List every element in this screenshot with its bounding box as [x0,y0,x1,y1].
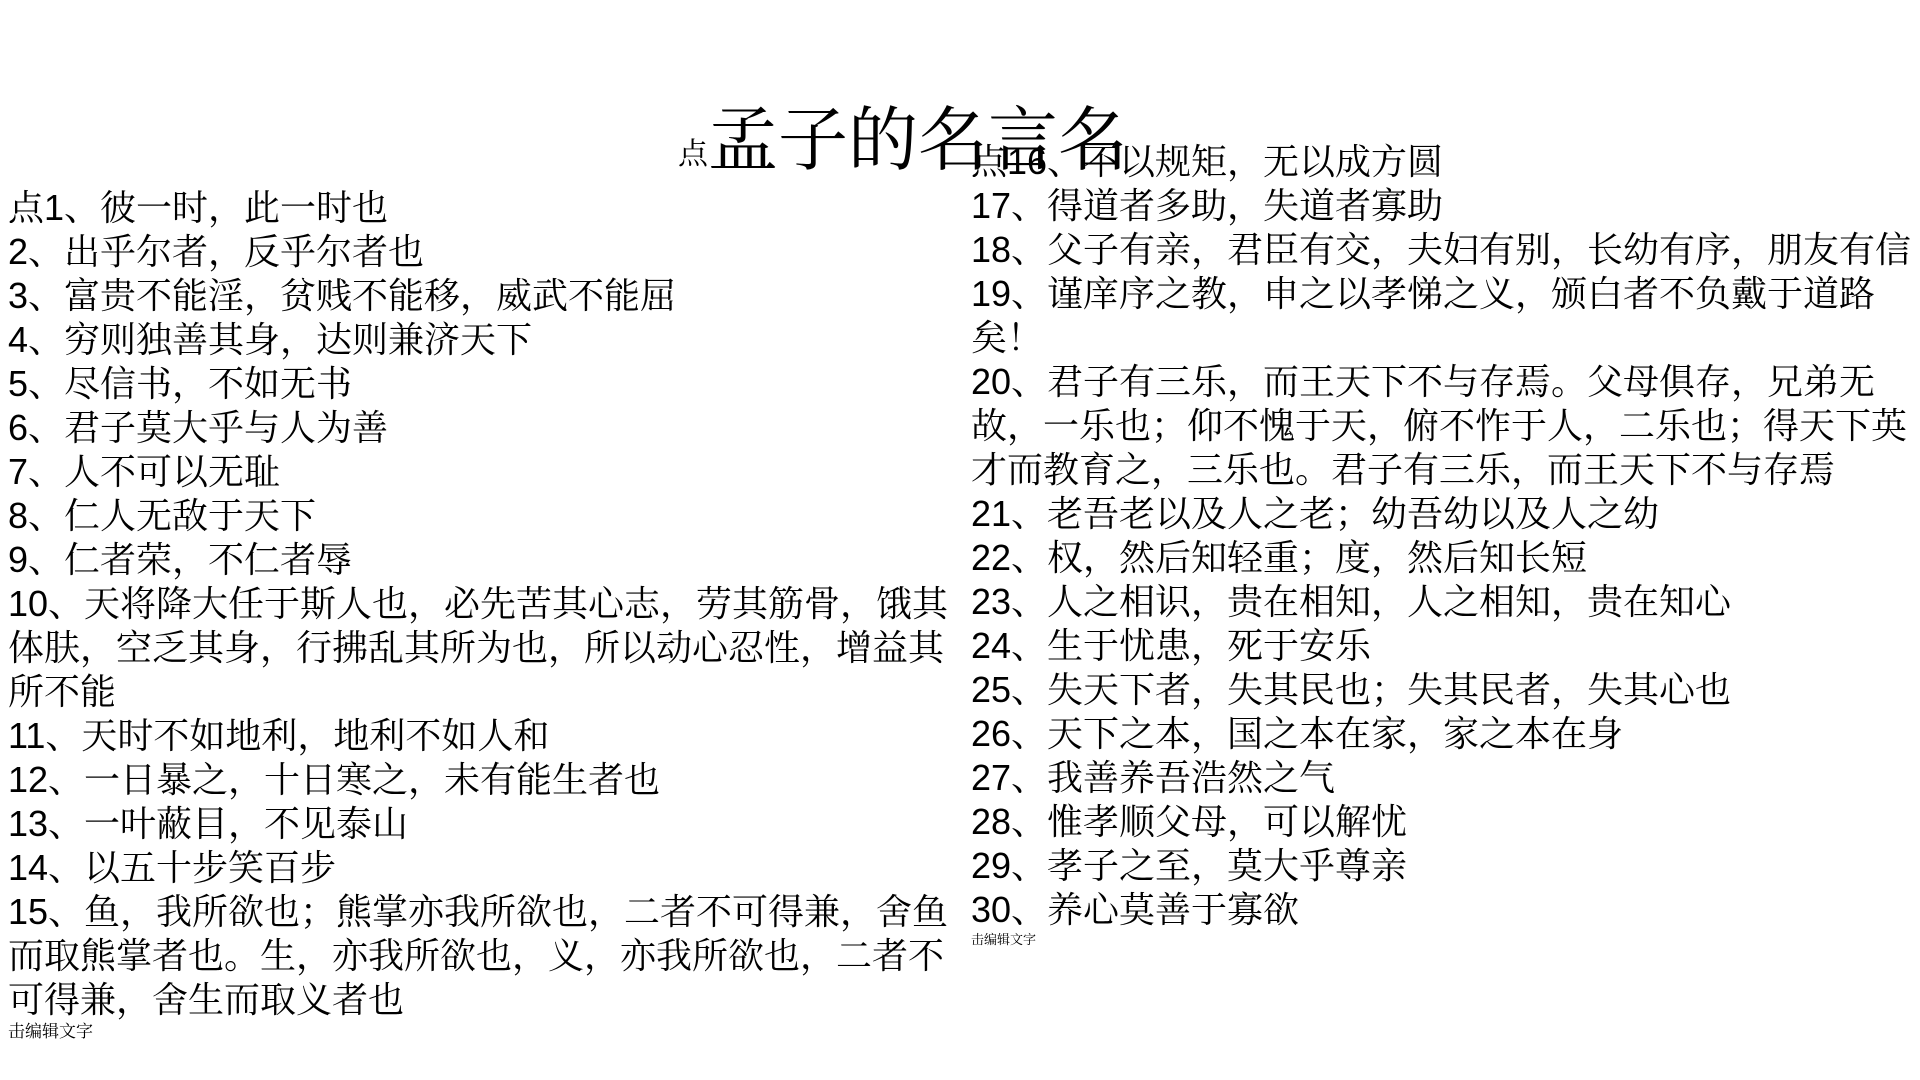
quote-line: 6、君子莫大乎与人为善 [8,406,968,450]
left-quote-lines: 点1、彼一时，此一时也2、出乎尔者，反乎尔者也3、富贵不能淫，贫贱不能移，威武不… [8,186,968,1022]
quote-line: 20、君子有三乐，而王天下不与存焉。父母俱存，兄弟无 [971,360,1920,404]
quote-line: 26、天下之本，国之本在家，家之本在身 [971,712,1920,756]
quote-line: 5、尽信书，不如无书 [8,362,968,406]
slide-canvas: 点孟子的名言名 点1、彼一时，此一时也2、出乎尔者，反乎尔者也3、富贵不能淫，贫… [0,0,1920,1080]
quote-line: 2、出乎尔者，反乎尔者也 [8,230,968,274]
quote-line: 29、孝子之至，莫大乎尊亲 [971,844,1920,888]
quote-line: 17、得道者多助，失道者寡助 [971,184,1920,228]
quote-line: 故，一乐也；仰不愧于天，俯不怍于人，二乐也；得天下英 [971,404,1920,448]
quote-line: 3、富贵不能淫，贫贱不能移，威武不能屈 [8,274,968,318]
page-title: 孟子的名言名 [708,101,1128,179]
quote-line: 27、我善养吾浩然之气 [971,756,1920,800]
title-prefix-text: 点 [678,138,708,171]
quote-line: 18、父子有亲，君臣有交，夫妇有别，长幼有序，朋友有信 [971,228,1920,272]
quote-line: 21、老吾老以及人之老；幼吾幼以及人之幼 [971,492,1920,536]
quote-line: 矣！ [971,316,1920,360]
quote-line: 9、仁者荣，不仁者辱 [8,538,968,582]
quote-line: 23、人之相识，贵在相知，人之相知，贵在知心 [971,580,1920,624]
quote-line: 10、天将降大任于斯人也，必先苦其心志，劳其筋骨，饿其 [8,582,968,626]
quote-line: 才而教育之，三乐也。君子有三乐，而王天下不与存焉 [971,448,1920,492]
quote-line: 19、谨庠序之教，申之以孝悌之义，颁白者不负戴于道路 [971,272,1920,316]
quote-line: 12、一日暴之，十日寒之，未有能生者也 [8,758,968,802]
quote-line: 24、生于忧患，死于安乐 [971,624,1920,668]
right-edit-hint: 击编辑文字 [971,932,1920,948]
slide-title-block[interactable]: 点孟子的名言名 [678,84,1128,185]
quote-line: 15、鱼，我所欲也；熊掌亦我所欲也，二者不可得兼，舍鱼 [8,890,968,934]
quote-line: 点1、彼一时，此一时也 [8,186,968,230]
quote-line: 25、失天下者，失其民也；失其民者，失其心也 [971,668,1920,712]
quote-line: 11、天时不如地利，地利不如人和 [8,714,968,758]
quote-line: 可得兼，舍生而取义者也 [8,978,968,1022]
quote-line: 28、惟孝顺父母，可以解忧 [971,800,1920,844]
quote-line: 13、一叶蔽目，不见泰山 [8,802,968,846]
quote-line: 所不能 [8,670,968,714]
right-quote-lines: 点16、不以规矩，无以成方圆17、得道者多助，失道者寡助18、父子有亲，君臣有交… [971,140,1920,932]
quote-line: 4、穷则独善其身，达则兼济天下 [8,318,968,362]
quote-line: 7、人不可以无耻 [8,450,968,494]
quote-line: 14、以五十步笑百步 [8,846,968,890]
left-edit-hint: 击编辑文字 [8,1022,968,1042]
left-text-block[interactable]: 点1、彼一时，此一时也2、出乎尔者，反乎尔者也3、富贵不能淫，贫贱不能移，威武不… [8,186,968,1042]
quote-line: 8、仁人无敌于天下 [8,494,968,538]
quote-line: 22、权，然后知轻重；度，然后知长短 [971,536,1920,580]
quote-line: 而取熊掌者也。生，亦我所欲也，义，亦我所欲也，二者不 [8,934,968,978]
right-text-block[interactable]: 点16、不以规矩，无以成方圆17、得道者多助，失道者寡助18、父子有亲，君臣有交… [971,140,1920,948]
quote-line: 体肤，空乏其身，行拂乱其所为也，所以动心忍性，增益其 [8,626,968,670]
quote-line: 30、养心莫善于寡欲 [971,888,1920,932]
